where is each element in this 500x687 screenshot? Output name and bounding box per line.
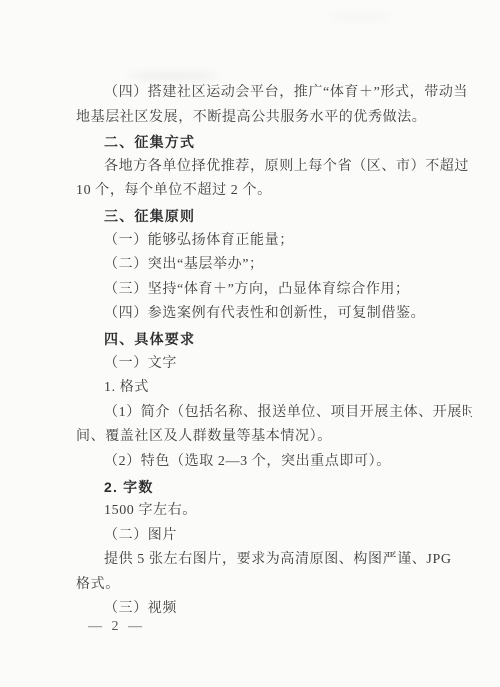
text-line: （一）能够弘扬体育正能量； [76,229,472,254]
text-line: 提供 5 张左右图片，要求为高清原图、构图严谨、JPG [76,548,472,573]
text-line: （四）搭建社区运动会平台，推广“体育＋”形式，带动当 [76,81,472,106]
scan-artifact [330,14,390,20]
text-line: 1500 字左右。 [76,499,472,524]
page-number: — 2 — [88,617,145,637]
text-line: （二）突出“基层举办”； [76,253,472,278]
text-line: 格式。 [76,573,472,598]
text-line: 各地方各单位择优推荐，原则上每个省（区、市）不超过 [76,155,472,180]
text-line: 10 个，每个单位不超过 2 个。 [76,179,472,204]
section-heading-line: 2. 字数 [76,475,472,500]
text-lines: （四）搭建社区运动会平台，推广“体育＋”形式，带动当地基层社区发展，不断提高公共… [76,81,472,622]
text-line: （1）简介（包括名称、报送单位、项目开展主体、开展时 [76,401,472,426]
section-heading-line: 二、征集方式 [76,130,472,155]
text-line: （三）坚持“体育＋”方向，凸显体育综合作用； [76,278,472,303]
text-line: （一）文字 [76,352,472,377]
text-line: （四）参选案例有代表性和创新性，可复制借鉴。 [76,302,472,327]
text-line: 间、覆盖社区及人群数量等基本情况）。 [76,425,472,450]
scan-artifact [128,72,218,80]
text-line: 地基层社区发展，不断提高公共服务水平的优秀做法。 [76,106,472,131]
text-line: （二）图片 [76,524,472,549]
document-page: （四）搭建社区运动会平台，推广“体育＋”形式，带动当地基层社区发展，不断提高公共… [0,0,500,687]
text-line: 1. 格式 [76,376,472,401]
section-heading-line: 四、具体要求 [76,327,472,352]
text-line: （2）特色（选取 2—3 个，突出重点即可）。 [76,450,472,475]
section-heading-line: 三、征集原则 [76,204,472,229]
